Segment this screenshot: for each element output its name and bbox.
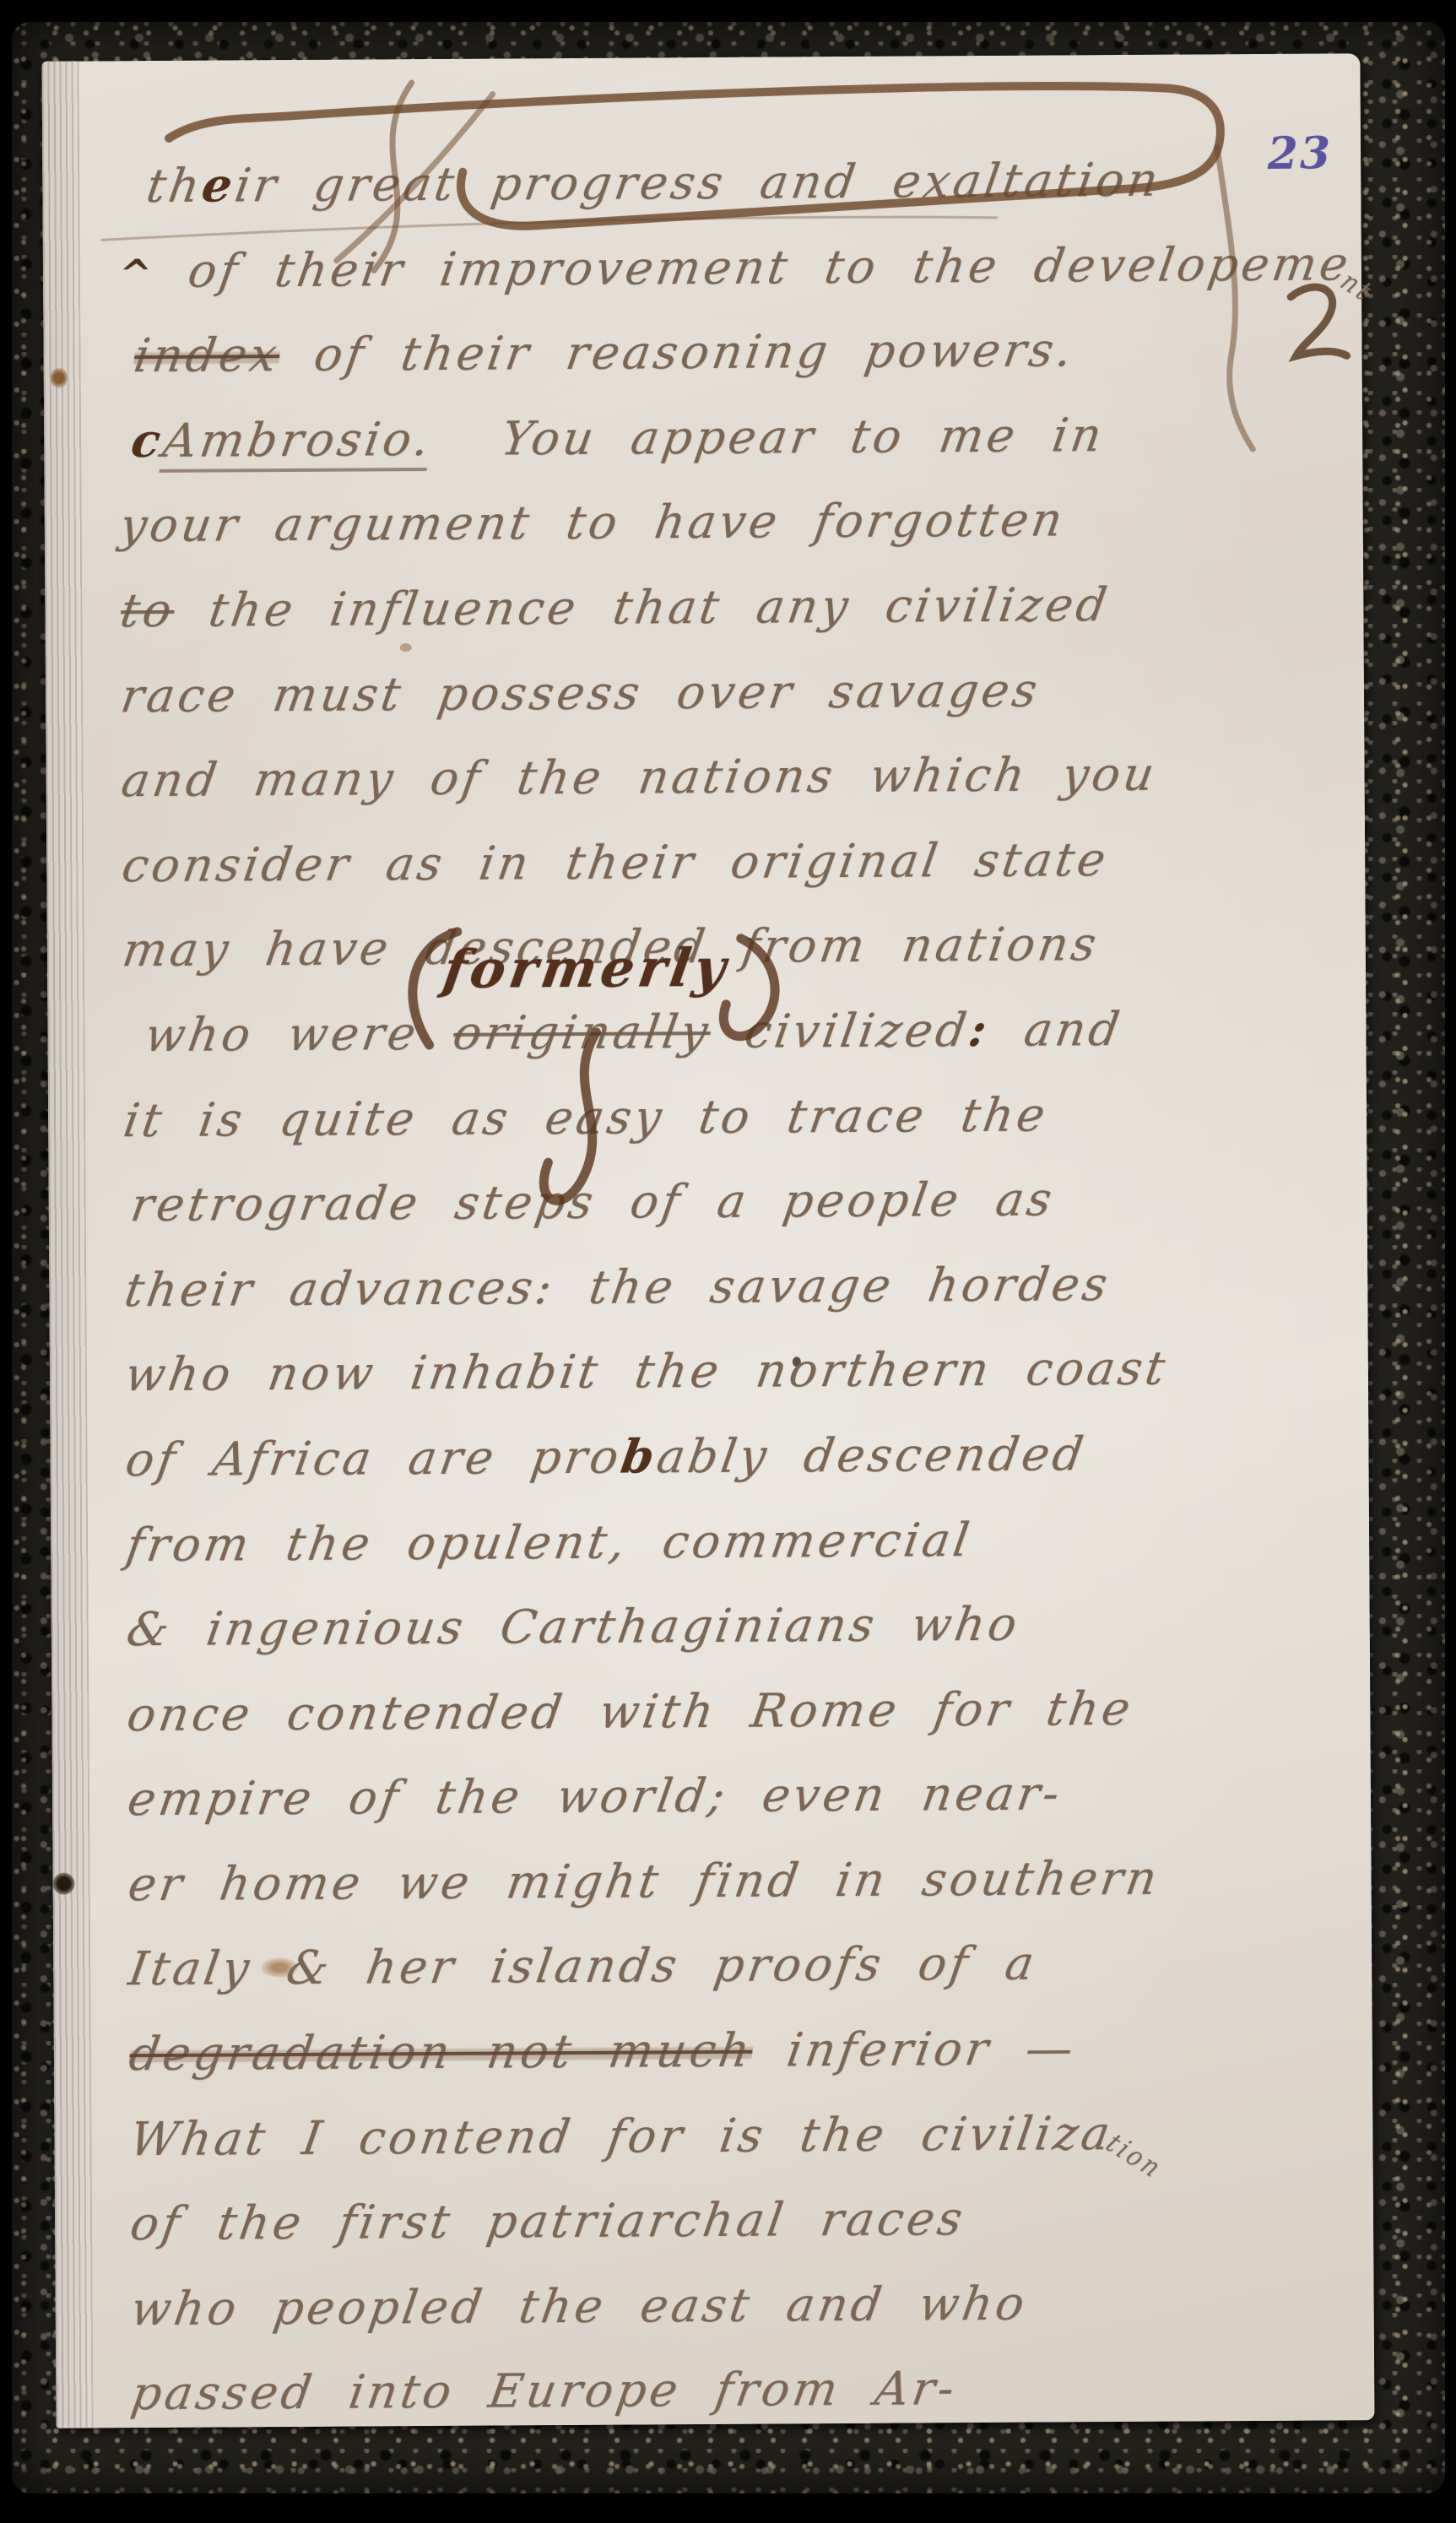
handwriting-segment: civilized — [706, 1003, 973, 1058]
handwriting-segment: passed into Europe from Ar- — [127, 2362, 961, 2421]
manuscript-line: their advances: the savage hordes — [119, 1240, 1372, 1333]
handwriting-segment: You appear to me in — [428, 408, 1108, 466]
handwriting-segment: consider as in their original state — [118, 832, 1112, 892]
manuscript-line: their great progress and exaltation — [112, 136, 1366, 229]
insertion-word-formerly: formerly — [439, 937, 733, 1000]
manuscript-line: race must possess over savages — [115, 646, 1368, 739]
manuscript-line: of Africa are probably descended — [120, 1410, 1373, 1502]
handwriting-segment: from the opulent, commercial — [122, 1513, 976, 1572]
handwriting-segment: of Africa are pro — [122, 1430, 625, 1487]
manuscript-line: who were originally civilized: and — [117, 985, 1371, 1078]
manuscript-line: index of their reasoning powers. — [113, 306, 1367, 398]
handwriting-segment: th — [143, 159, 206, 213]
handwriting-segment: inferior — — [749, 2021, 1080, 2076]
manuscript-line: er home we might find in southern — [122, 1834, 1376, 1927]
insertion-caret: ^ — [115, 250, 192, 296]
manuscript-line: What I contend for is the civilization — [124, 2089, 1378, 2182]
handwriting-segment: of the first patriarchal races — [127, 2191, 969, 2250]
manuscript-text: their great progress and exaltation^ of … — [111, 136, 1366, 2419]
handwriting-segment: the influence that any civilized — [170, 577, 1114, 637]
handwriting-segment: & ingenious Carthaginians who — [123, 1597, 1024, 1657]
manuscript-line: ^ of their improvement to the developeme… — [112, 221, 1366, 314]
manuscript-line: degradation not much inferior — — [123, 2004, 1377, 2097]
manuscript-line: from the opulent, commercial — [120, 1495, 1373, 1588]
handwriting-segment: and — [986, 1002, 1127, 1057]
struck-word-smeared: index — [131, 328, 284, 382]
manuscript-line: empire of the world; even near- — [122, 1749, 1375, 1842]
manuscript-line: who now inhabit the northern coast — [119, 1325, 1372, 1418]
handwriting-segment: it is quite as easy to trace the — [120, 1087, 1052, 1147]
handwriting-segment: your argument to have forgotten — [116, 493, 1069, 553]
handwriting-segment: who were — [142, 1006, 458, 1062]
handwriting-segment: their advances: the savage hordes — [121, 1257, 1114, 1317]
underlined-name: Ambrosio. — [159, 412, 436, 473]
struck-word: to — [117, 583, 179, 637]
manuscript-line: of the first patriarchal races — [124, 2174, 1378, 2266]
manuscript-line: & ingenious Carthaginians who — [121, 1579, 1374, 1672]
handwriting-segment: of their improvement to the developeme — [185, 236, 1356, 297]
manuscript-line: consider as in their original state — [116, 815, 1370, 908]
manuscript-page: 23 their great progress and exaltation^ … — [41, 53, 1374, 2428]
handwriting-segment: and many of the nations which you — [118, 747, 1161, 808]
manuscript-line: retrograde steps of a people as — [118, 1155, 1372, 1248]
handwriting-segment: empire of the world; even near- — [124, 1767, 1066, 1827]
manuscript-line: may have descended from nations — [116, 901, 1370, 993]
manuscript-line: Italy & her islands proofs of a — [123, 1919, 1377, 2012]
handwriting-segment: who peopled the east and who — [127, 2277, 1031, 2336]
manuscript-line: your argument to have forgotten — [114, 476, 1367, 569]
manuscript-line: who peopled the east and who — [125, 2259, 1378, 2352]
manuscript-line: once contended with Rome for the — [122, 1665, 1375, 1757]
handwriting-segment: who now inhabit the northern coast — [122, 1341, 1172, 1402]
handwriting-segment: retrograde steps of a people as — [127, 1172, 1058, 1232]
struck-word-smeared: degradation not much — [126, 2023, 756, 2082]
struck-word: originally — [450, 1004, 715, 1060]
handwriting-segment: Italy & her islands proofs of a — [125, 1936, 1041, 1996]
handwriting-segment: ir great progress and exaltation — [231, 153, 1165, 213]
handwriting-segment: race must possess over savages — [117, 663, 1044, 723]
manuscript-line: cAmbrosio. You appear to me in — [114, 391, 1367, 484]
manuscript-line: and many of the nations which you — [116, 730, 1369, 823]
manuscript-line: passed into Europe from Ar- — [126, 2344, 1379, 2437]
handwriting-segment: What I contend for is the civiliza — [127, 2106, 1117, 2166]
photo-background: { "page_number": "23", "manuscript": { "… — [0, 0, 1456, 2523]
handwriting-segment: ably descended — [653, 1427, 1091, 1483]
handwriting-segment: once contended with Rome for the — [124, 1681, 1138, 1741]
manuscript-line: it is quite as easy to trace the — [117, 1070, 1371, 1163]
handwriting-segment: er home we might find in southern — [125, 1851, 1164, 1912]
manuscript-line: to the influence that any civilized — [115, 560, 1368, 653]
handwriting-segment: of their reasoning powers. — [276, 322, 1080, 382]
